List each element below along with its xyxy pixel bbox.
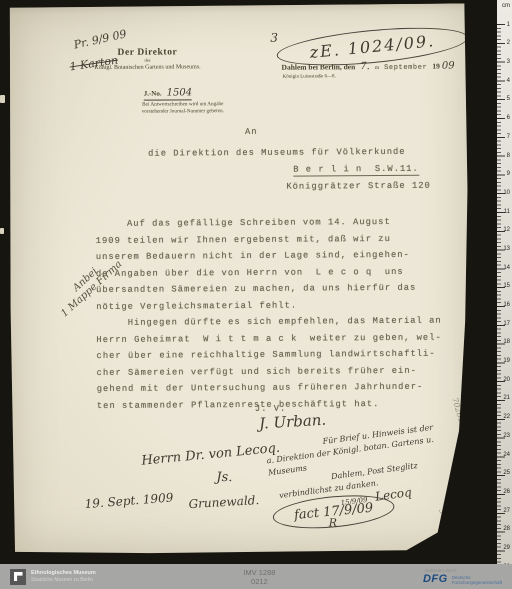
letterhead-organization: Königl. Botanischen Gartens und Museums. — [82, 63, 212, 72]
ruler-mark-label: cm — [502, 3, 510, 9]
dfg-logo: DFG — [423, 574, 448, 585]
letter-body: Auf das gefällige Schreiben vom 14. Augu… — [96, 214, 449, 414]
recipient-city: B e r l i n S.W.11. — [293, 164, 419, 177]
ruler-mark-label: 20 — [503, 377, 510, 383]
date-year-written: 09 — [442, 60, 455, 71]
edge-speck — [0, 95, 5, 103]
registry-number: zE. 1024/09. — [309, 31, 436, 62]
scan-viewer: Pr. 9/9 09 1 Karton 3 zE. 1024/09. Der D… — [0, 0, 512, 589]
ruler-mark-label: 29 — [503, 545, 510, 551]
ruler-mark-label: 23 — [503, 433, 510, 439]
letterhead-street: Königin Luisestraße 6—8. — [283, 74, 336, 79]
date-day: 7. — [360, 61, 370, 72]
forwarding-note-date: 19. Sept. 1909 — [84, 490, 174, 511]
ruler-mark-label: 19 — [503, 358, 510, 364]
letter-body-line: cher über eine reichhaltige Sammlung lan… — [96, 346, 448, 365]
archive-reference: IMV 1288 0212 — [243, 568, 275, 586]
forwarding-note-initials: Js. — [216, 470, 232, 485]
archive-reference-page: 0212 — [243, 577, 275, 586]
fact-note-initial: R — [329, 516, 337, 529]
edge-speck — [0, 228, 4, 234]
ruler-mark-label: 18 — [503, 339, 510, 345]
archive-reference-id: IMV 1288 — [243, 568, 275, 577]
letterhead: Der Direktor des Königl. Botanischen Gar… — [82, 47, 212, 72]
ruler-mark-label: 8 — [507, 153, 510, 159]
ruler-mark-label: 5 — [507, 96, 510, 102]
pencil-number-lower: 3016 — [437, 507, 456, 529]
recipient-salutation: An — [245, 127, 258, 137]
journal-note-line2: vorstehender Journal-Nummer gebeten. — [113, 107, 253, 114]
ruler-mark-label: 27 — [503, 508, 510, 514]
date-month: September — [384, 64, 427, 72]
ruler-mark-label: 12 — [503, 227, 510, 233]
dfg-org-line2: Forschungsgemeinschaft — [452, 580, 502, 585]
letter-body-line: unserem Bedauern nicht in der Lage sind,… — [96, 247, 448, 266]
archive-footer-bar: Ethnologisches Museum Staatliche Museen … — [0, 564, 512, 589]
journal-number-line: J.-No. 1504 — [144, 87, 192, 100]
ruler-mark-label: 1 — [507, 22, 510, 28]
ruler-mark-label: 25 — [503, 470, 510, 476]
recipient-line: die Direktion des Museums für Völkerkund… — [148, 147, 406, 159]
letter-body-line: übersandten Sämereien zu machen, da uns … — [96, 280, 448, 299]
journal-note: Bei Antwortschreiben wird um Angabe vors… — [113, 101, 253, 115]
ruler-mark-label: 6 — [507, 115, 510, 121]
ruler-mark-label: 15 — [503, 283, 510, 289]
date-m: m — [375, 65, 379, 71]
dfg-org-name: Deutsche Forschungsgemeinschaft — [452, 575, 502, 585]
forwarding-note-recipient: Herrn Dr. von Lecoq. — [141, 441, 281, 469]
museum-name: Ethnologisches Museum Staatliche Museen … — [31, 570, 96, 583]
funding-branding: Gefördert durch DFG Deutsche Forschungsg… — [423, 568, 502, 585]
forwarding-note-place: Grunewald. — [188, 493, 259, 511]
letter-body-line: gehend mit der Untersuchung aus früheren… — [97, 379, 449, 398]
dfg-logo-row: DFG Deutsche Forschungsgemeinschaft — [423, 574, 502, 585]
scanned-letter-page: Pr. 9/9 09 1 Karton 3 zE. 1024/09. Der D… — [7, 3, 471, 554]
museum-logo-icon — [10, 569, 26, 585]
signature: J. Urban. — [259, 411, 327, 433]
museum-branding: Ethnologisches Museum Staatliche Museen … — [10, 569, 96, 585]
museum-name-line2: Staatliche Museen zu Berlin — [31, 577, 96, 583]
cm-ruler: cm12345678910111213141516171819202122232… — [497, 0, 512, 572]
letter-body-line: Hingegen dürfte es sich empfehlen, das M… — [96, 313, 448, 332]
ruler-mark-label: 17 — [503, 321, 510, 327]
place-date-line: Dahlem bei Berlin, den 7. m September 19… — [281, 60, 454, 72]
place-date-prefix: Dahlem bei Berlin, den — [281, 62, 355, 72]
ruler-mark-label: 4 — [507, 78, 510, 84]
ruler-mark-label: 9 — [507, 171, 510, 177]
journal-number: 1504 — [167, 87, 193, 98]
ruler-mark-label: 14 — [503, 265, 510, 271]
ruler-mark-label: 16 — [503, 302, 510, 308]
recipient-street: Königgrätzer Straße 120 — [286, 181, 430, 192]
ruler-mark-label: 2 — [507, 40, 510, 46]
page-number: 3 — [270, 31, 278, 45]
ruler-mark-label: 13 — [503, 246, 510, 252]
ruler-mark-label: 7 — [507, 134, 510, 140]
ruler-mark-label: 10 — [503, 190, 510, 196]
museum-name-line1: Ethnologisches Museum — [31, 570, 96, 577]
ruler-mark-label: 3 — [507, 59, 510, 65]
ruler-mark-label: 21 — [503, 395, 510, 401]
ruler-mark-label: 24 — [503, 452, 510, 458]
journal-label: J.-No. — [144, 90, 162, 98]
ruler-mark-label: 28 — [503, 526, 510, 532]
ruler-mark-label: 22 — [503, 414, 510, 420]
ruler-mark-label: 11 — [504, 209, 510, 215]
ruler-mark-label: 26 — [503, 489, 510, 495]
date-year-printed: 19 — [432, 62, 440, 71]
